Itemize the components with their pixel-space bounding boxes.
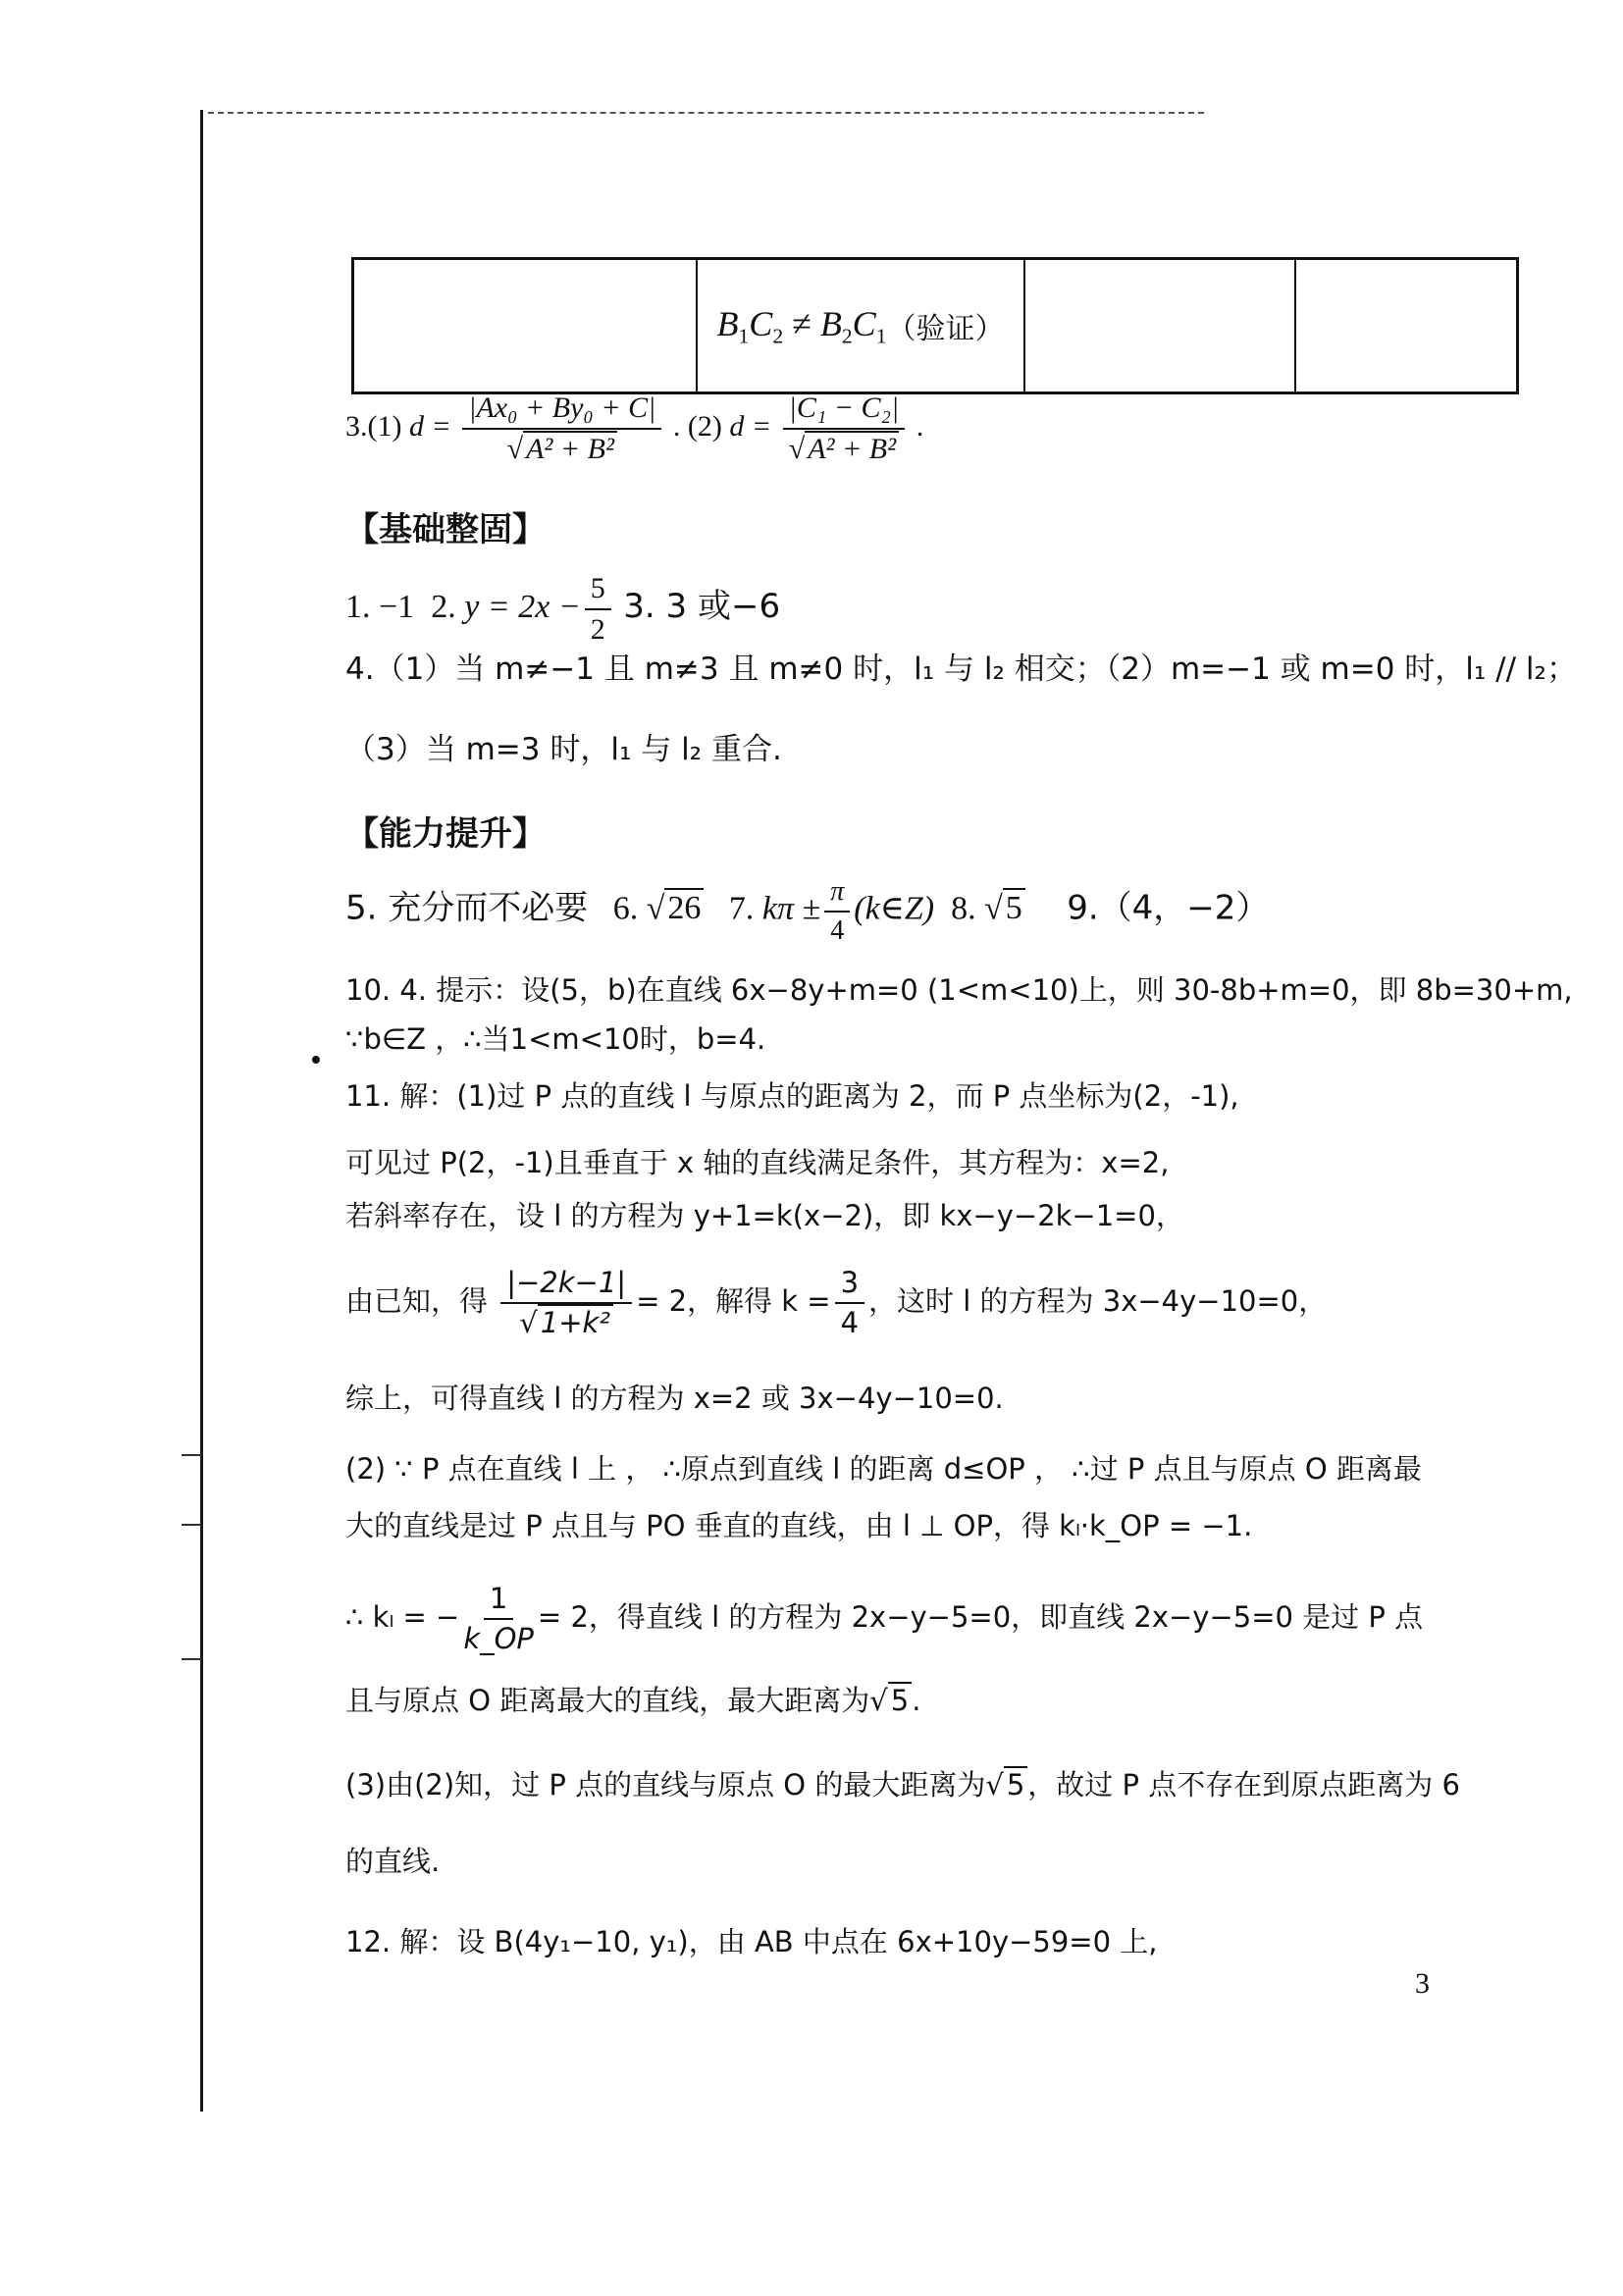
formula-b1c2: B1C2 ≠ B2C1 — [717, 303, 887, 349]
answer-11-line3: 若斜率存在，设 l 的方程为 y+1=k(x−2)，即 kx−y−2k−1=0， — [345, 1199, 1184, 1233]
answer-11-line9: 且与原点 O 距离最大的直线，最大距离为√5. — [345, 1684, 920, 1718]
section-basic-heading: 【基础整固】 — [345, 502, 546, 550]
section-advanced-heading: 【能力提升】 — [345, 807, 546, 855]
answer-11-line5: 综上，可得直线 l 的方程为 x=2 或 3x−4y−10=0. — [345, 1382, 1004, 1416]
binding-margin-line — [200, 110, 203, 2112]
answer-11-line11: 的直线. — [345, 1845, 440, 1879]
table-cell — [1025, 260, 1296, 391]
answer-11-line2: 可见过 P(2，-1)且垂直于 x 轴的直线满足条件，其方程为：x=2, — [345, 1146, 1169, 1180]
answers-1-3: 1. −1 2. y = 2x −52 3. 3 或−6 — [345, 571, 780, 648]
table-cell — [1296, 260, 1516, 391]
answer-11-line6: (2) ∵ P 点在直线 l 上 ， ∴原点到直线 l 的距离 d≤OP ， ∴… — [345, 1452, 1422, 1487]
answer-11-line8: ∴ kₗ = −1k_OP= 2，得直线 l 的方程为 2x−y−5=0，即直线… — [345, 1582, 1423, 1656]
answer-11-line1: 11. 解：(1)过 P 点的直线 l 与原点的距离为 2，而 P 点坐标为(2… — [345, 1079, 1239, 1114]
table-cell — [354, 260, 698, 391]
margin-tick — [182, 1454, 201, 1456]
answer-11-line4: 由已知，得 |−2k−1|√1+k²= 2，解得 k =34，这时 l 的方程为… — [345, 1266, 1327, 1340]
conditions-table-row: B1C2 ≠ B2C1 （验证） — [351, 257, 1519, 394]
scan-dot — [312, 1056, 320, 1064]
answer-11-line10: (3)由(2)知，过 P 点的直线与原点 O 的最大距离为√5，故过 P 点不存… — [345, 1768, 1460, 1802]
answer-10-line1: 10. 4. 提示：设(5，b)在直线 6x−8y+m=0 (1<m<10)上，… — [345, 973, 1573, 1008]
margin-tick — [182, 1524, 201, 1526]
distance-formulas: 3.(1) d = |Ax₀ + By₀ + C|√A² + B² . (2) … — [345, 391, 923, 467]
answers-5-9: 5. 充分而不必要 6. √26 7. kπ ±π4(k∈Z) 8. √5 9.… — [345, 875, 1269, 947]
page-number: 3 — [1415, 1967, 1430, 2001]
verify-note: （验证） — [886, 304, 1004, 347]
answer-12-line1: 12. 解：设 B(4y₁−10, y₁)，由 AB 中点在 6x+10y−59… — [345, 1925, 1158, 1959]
answer-4-line2: （3）当 m=3 时，l₁ 与 l₂ 重合. — [345, 732, 782, 768]
table-cell-formula: B1C2 ≠ B2C1 （验证） — [698, 260, 1025, 391]
answer-10-line2: ∵b∈Z ，∴当1<m<10时，b=4. — [345, 1022, 765, 1057]
answer-4-line1: 4.（1）当 m≠−1 且 m≠3 且 m≠0 时，l₁ 与 l₂ 相交；（2）… — [345, 652, 1577, 688]
answer-11-line7: 大的直线是过 P 点且与 PO 垂直的直线，由 l ⊥ OP，得 kₗ·k_OP… — [345, 1509, 1252, 1543]
margin-tick — [182, 1658, 201, 1660]
header-rule — [208, 112, 1204, 114]
